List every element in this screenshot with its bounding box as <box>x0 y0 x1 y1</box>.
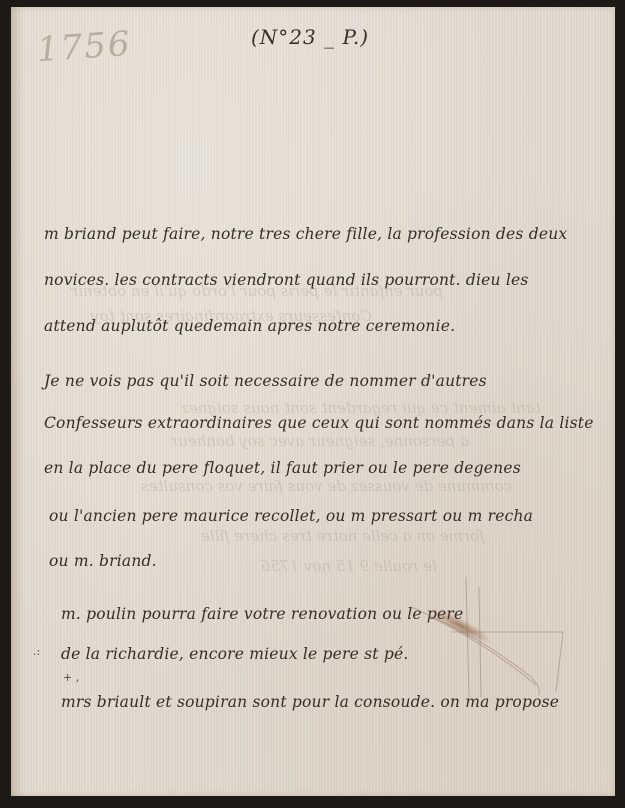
manuscript-line-10: de la richardie, encore mieux le pere st… <box>61 645 408 663</box>
bleed-through-line: commune de voussez de vous faire vos con… <box>141 477 512 495</box>
archival-reference-number: (N°23 _ P.) <box>251 25 369 49</box>
manuscript-line-2: novices. les contracts viendront quand i… <box>44 271 529 289</box>
manuscript-line-4: Je ne vois pas qu'il soit necessaire de … <box>44 372 487 390</box>
margin-mark: + , <box>63 671 79 684</box>
manuscript-line-1: m briand peut faire, notre tres chere fi… <box>44 225 567 243</box>
bleed-through-line: a personne, seigneur avec soy bonheur <box>171 432 469 450</box>
manuscript-line-7: ou l'ancien pere maurice recollet, ou m … <box>49 507 533 525</box>
manuscript-line-3: attend auplutôt quedemain apres notre ce… <box>44 317 455 335</box>
manuscript-line-5: Confesseurs extraordinaires que ceux qui… <box>44 414 594 432</box>
bleed-through-line: le roulle 9 15 nov 1756 <box>261 557 437 575</box>
manuscript-line-6: en la place du pere floquet, il faut pri… <box>44 459 521 477</box>
manuscript-page: 1756 (N°23 _ P.) pour enfantir le peris … <box>11 7 615 796</box>
document-scan: 1756 (N°23 _ P.) pour enfantir le peris … <box>0 0 625 808</box>
archival-year-pencil-note: 1756 <box>36 24 133 70</box>
manuscript-line-8: ou m. briand. <box>49 552 157 570</box>
margin-mark: .: <box>33 645 40 658</box>
bleed-through-line: forme on a celle notre tres chere fille <box>201 527 485 545</box>
